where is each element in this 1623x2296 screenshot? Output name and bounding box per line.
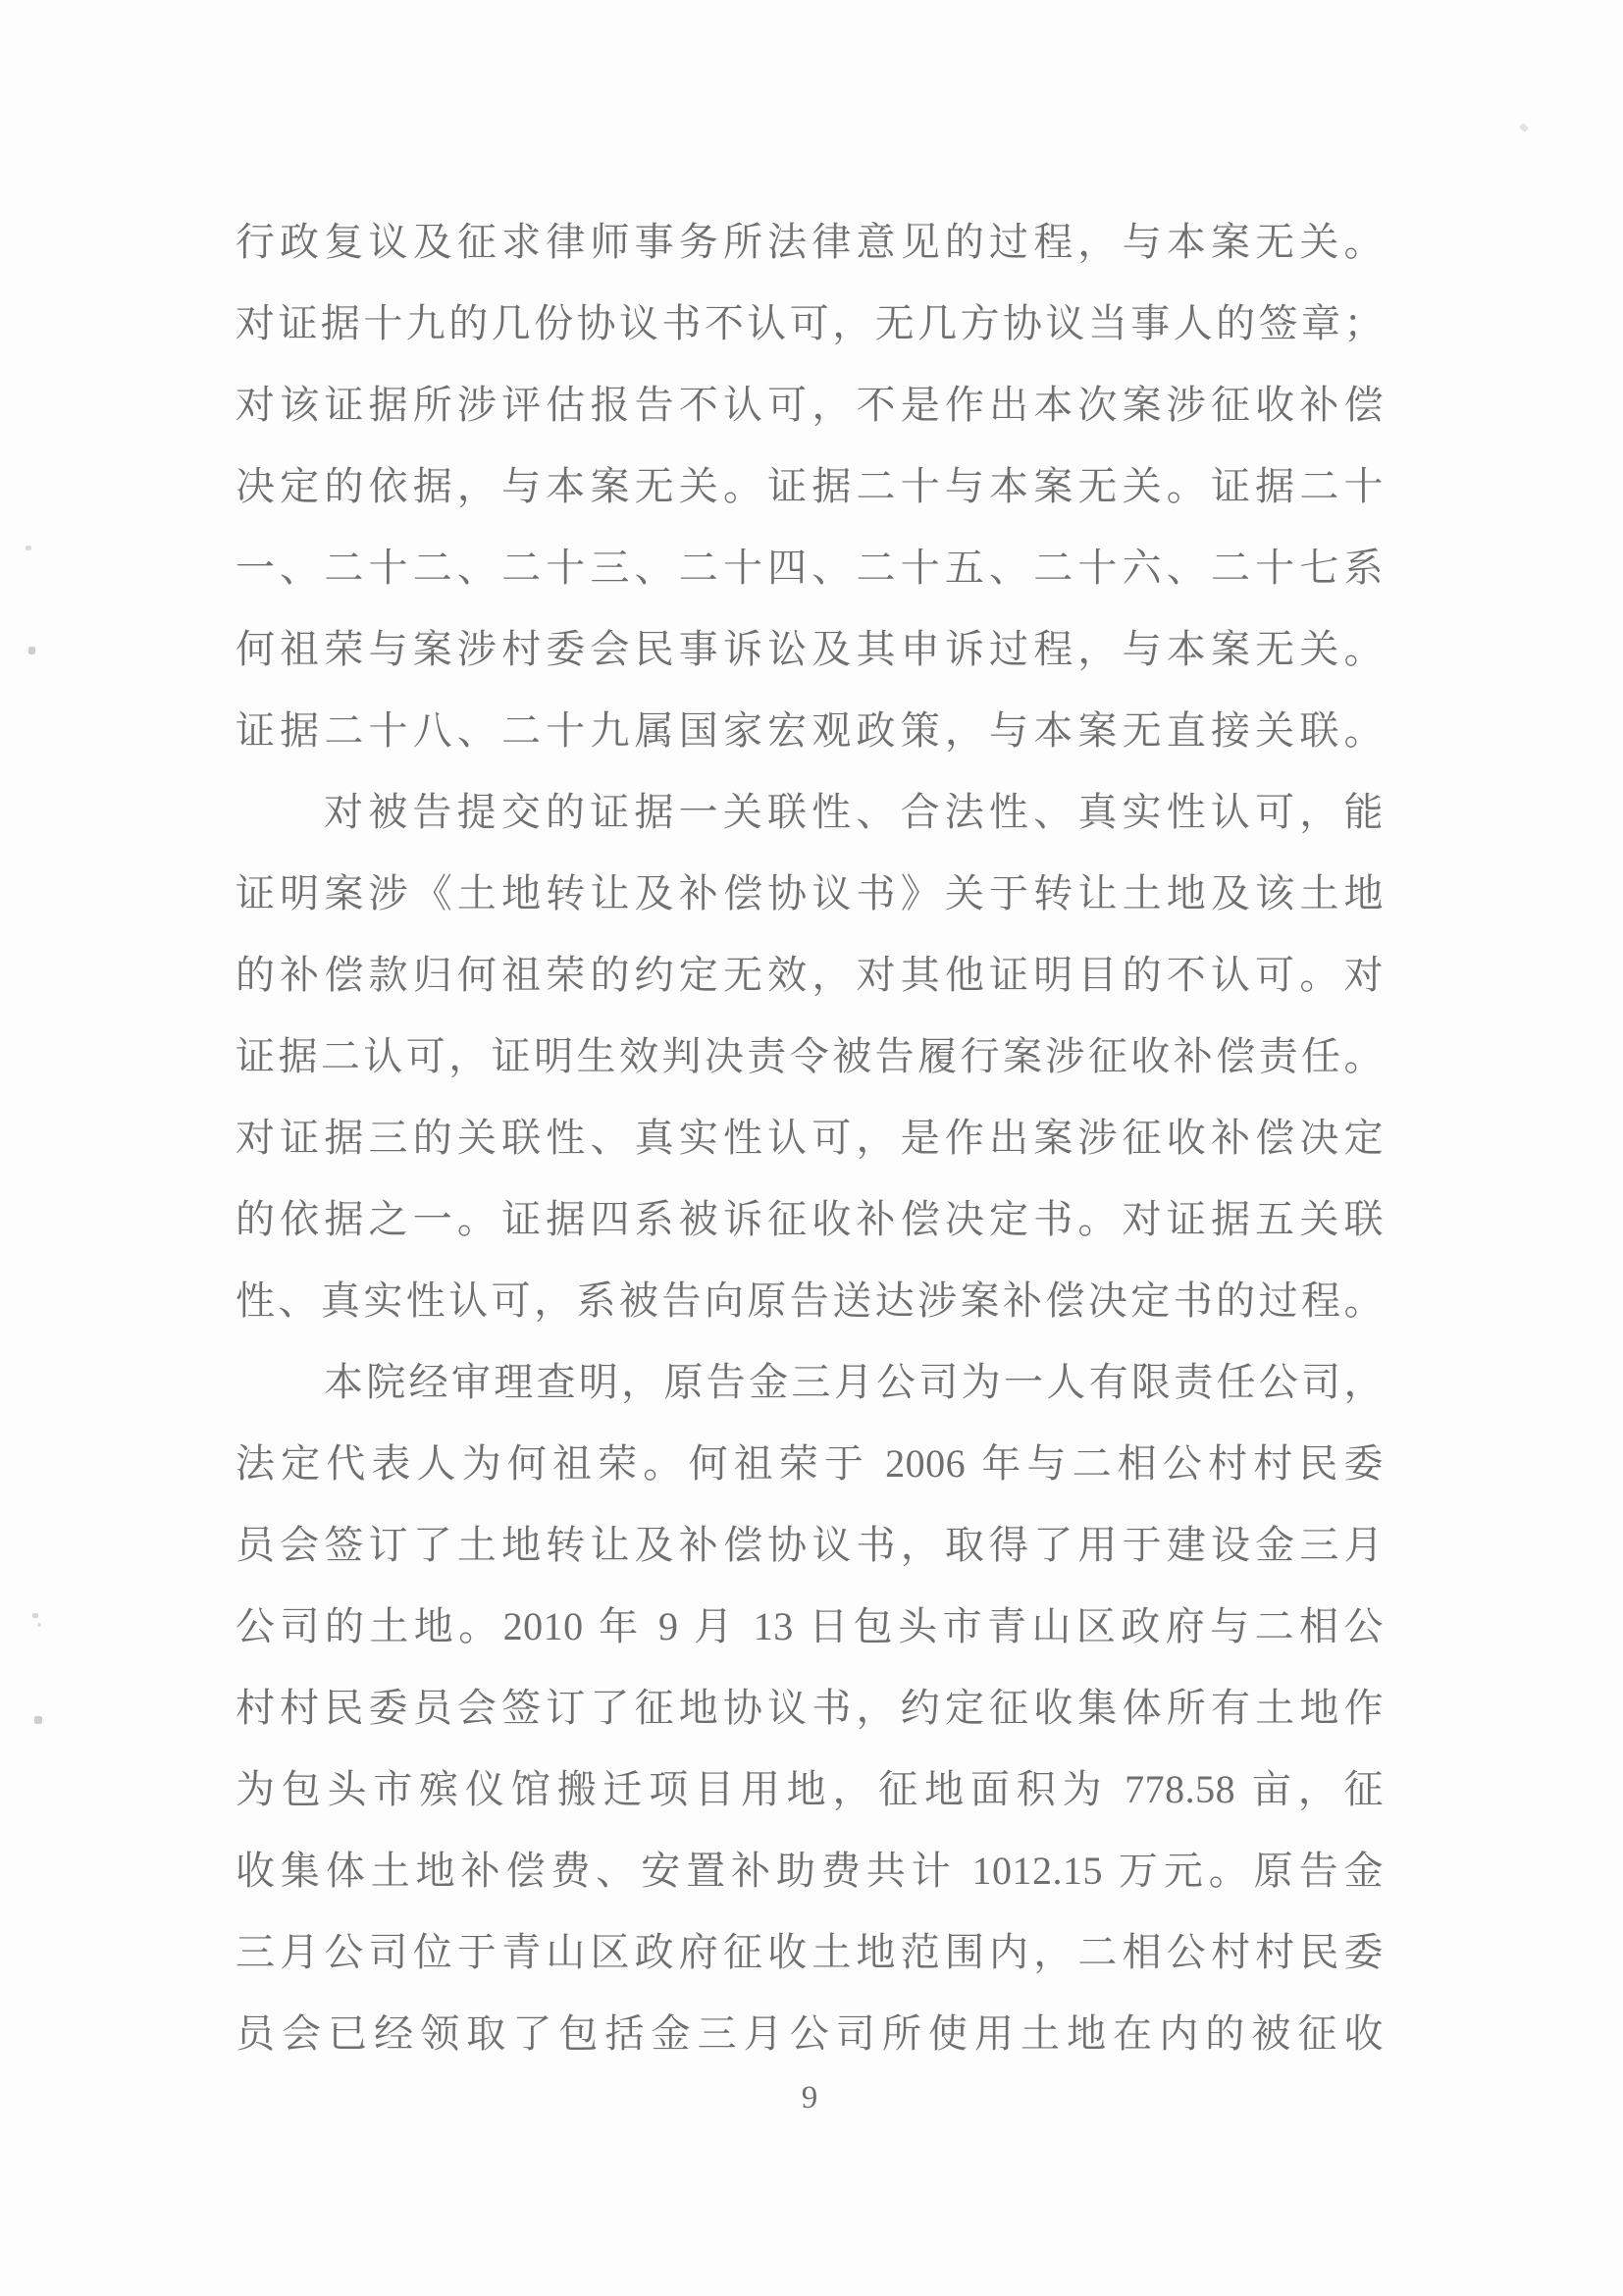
text-line: 三月公司位于青山区政府征收土地范围内，二相公村村民委 (236, 1911, 1384, 1993)
text-line: 对该证据所涉评估报告不认可，不是作出本次案涉征收补偿 (236, 364, 1384, 445)
text-line: 收集体土地补偿费、安置补助费共计 1012.15 万元。原告金 (236, 1830, 1384, 1911)
text-line: 对被告提交的证据一关联性、合法性、真实性认可，能 (236, 771, 1384, 853)
scan-artifact (34, 1716, 42, 1724)
page-number: 9 (236, 2078, 1384, 2117)
scan-artifact (28, 647, 35, 654)
text-line: 一、二十二、二十三、二十四、二十五、二十六、二十七系 (236, 527, 1384, 608)
text-line: 的依据之一。证据四系被诉征收补偿决定书。对证据五关联 (236, 1178, 1384, 1260)
text-line: 村村民委员会签订了征地协议书，约定征收集体所有土地作 (236, 1667, 1384, 1748)
text-line: 公司的土地。2010 年 9 月 13 日包头市青山区政府与二相公 (236, 1586, 1384, 1667)
text-line: 对证据十九的几份协议书不认可，无几方协议当事人的签章； (236, 283, 1384, 364)
scan-artifact (37, 1623, 41, 1627)
text-line: 决定的依据，与本案无关。证据二十与本案无关。证据二十 (236, 445, 1384, 527)
text-line: 员会签订了土地转让及补偿协议书，取得了用于建设金三月 (236, 1504, 1384, 1586)
scan-artifact (26, 546, 31, 550)
text-line: 行政复议及征求律师事务所法律意见的过程，与本案无关。 (236, 201, 1384, 283)
text-line: 本院经审理查明，原告金三月公司为一人有限责任公司， (236, 1341, 1384, 1423)
scan-artifact (1519, 123, 1529, 132)
text-line: 的补偿款归何祖荣的约定无效，对其他证明目的不认可。对 (236, 934, 1384, 1016)
text-line: 为包头市殡仪馆搬迁项目用地，征地面积为 778.58 亩，征 (236, 1748, 1384, 1830)
text-line: 证明案涉《土地转让及补偿协议书》关于转让土地及该土地 (236, 853, 1384, 934)
text-line: 性、真实性认可，系被告向原告送达涉案补偿决定书的过程。 (236, 1260, 1384, 1341)
text-line: 证据二十八、二十九属国家宏观政策，与本案无直接关联。 (236, 690, 1384, 771)
scanned-court-document-page: 行政复议及征求律师事务所法律意见的过程，与本案无关。对证据十九的几份协议书不认可… (0, 0, 1623, 2296)
text-line: 员会已经领取了包括金三月公司所使用土地在内的被征收 (236, 1993, 1384, 2074)
text-line: 何祖荣与案涉村委会民事诉讼及其申诉过程，与本案无关。 (236, 608, 1384, 690)
document-body: 行政复议及征求律师事务所法律意见的过程，与本案无关。对证据十九的几份协议书不认可… (236, 201, 1384, 2074)
text-line: 法定代表人为何祖荣。何祖荣于 2006 年与二相公村村民委 (236, 1423, 1384, 1504)
text-line: 证据二认可，证明生效判决责令被告履行案涉征收补偿责任。 (236, 1016, 1384, 1097)
text-line: 对证据三的关联性、真实性认可，是作出案涉征收补偿决定 (236, 1097, 1384, 1178)
scan-artifact (32, 1613, 38, 1618)
